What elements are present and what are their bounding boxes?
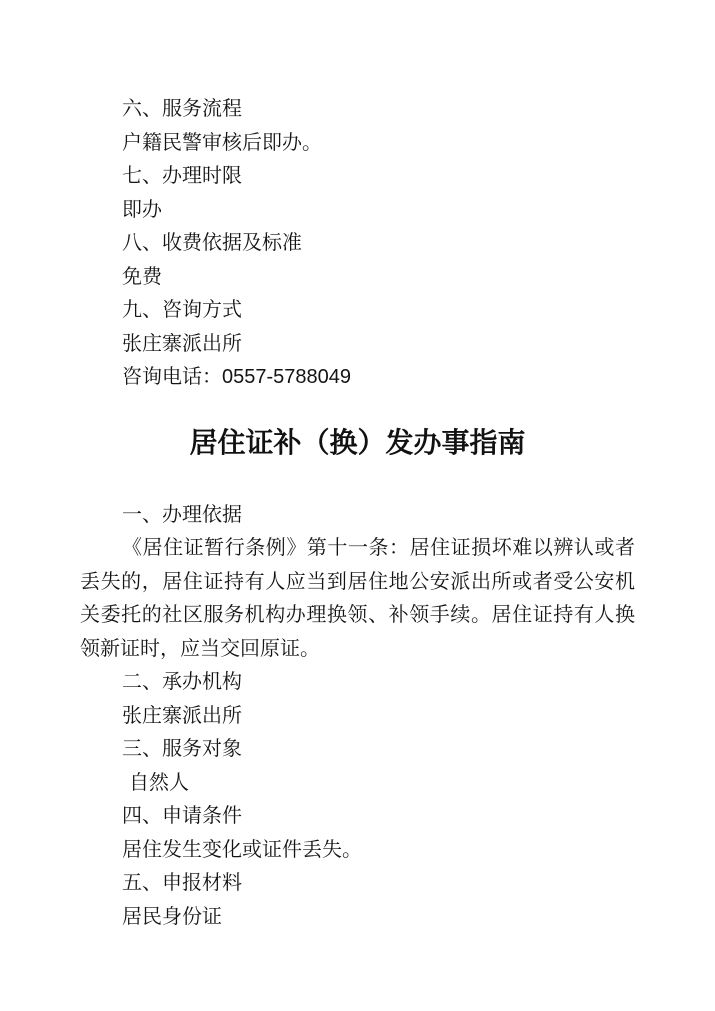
heading-service-process: 六、服务流程 <box>80 93 635 127</box>
text-application-conditions: 居住发生变化或证件丢失。 <box>80 834 635 868</box>
heading-application-materials: 五、申报材料 <box>80 867 635 901</box>
text-police-station: 张庄寨派出所 <box>80 328 635 362</box>
heading-fee-basis-standard: 八、收费依据及标准 <box>80 227 635 261</box>
heading-processing-time-limit: 七、办理时限 <box>80 160 635 194</box>
text-service-target: 自然人 <box>80 767 635 801</box>
heading-consultation-method: 九、咨询方式 <box>80 294 635 328</box>
heading-legal-basis: 一、办理依据 <box>80 499 635 533</box>
text-application-materials: 居民身份证 <box>80 901 635 935</box>
text-fee-free: 免费 <box>80 261 635 295</box>
text-processing-time-limit: 即办 <box>80 194 635 228</box>
heading-handling-agency: 二、承办机构 <box>80 666 635 700</box>
document-page: 六、服务流程 户籍民警审核后即办。 七、办理时限 即办 八、收费依据及标准 免费… <box>0 0 715 1011</box>
heading-application-conditions: 四、申请条件 <box>80 800 635 834</box>
document-title: 居住证补（换）发办事指南 <box>80 421 635 465</box>
text-service-process: 户籍民警审核后即办。 <box>80 127 635 161</box>
text-handling-agency: 张庄寨派出所 <box>80 700 635 734</box>
text-consultation-phone: 咨询电话：0557-5788049 <box>80 361 635 395</box>
heading-service-target: 三、服务对象 <box>80 733 635 767</box>
text-legal-basis-paragraph: 《居住证暂行条例》第十一条：居住证损坏难以辨认或者丢失的，居住证持有人应当到居住… <box>80 532 635 666</box>
